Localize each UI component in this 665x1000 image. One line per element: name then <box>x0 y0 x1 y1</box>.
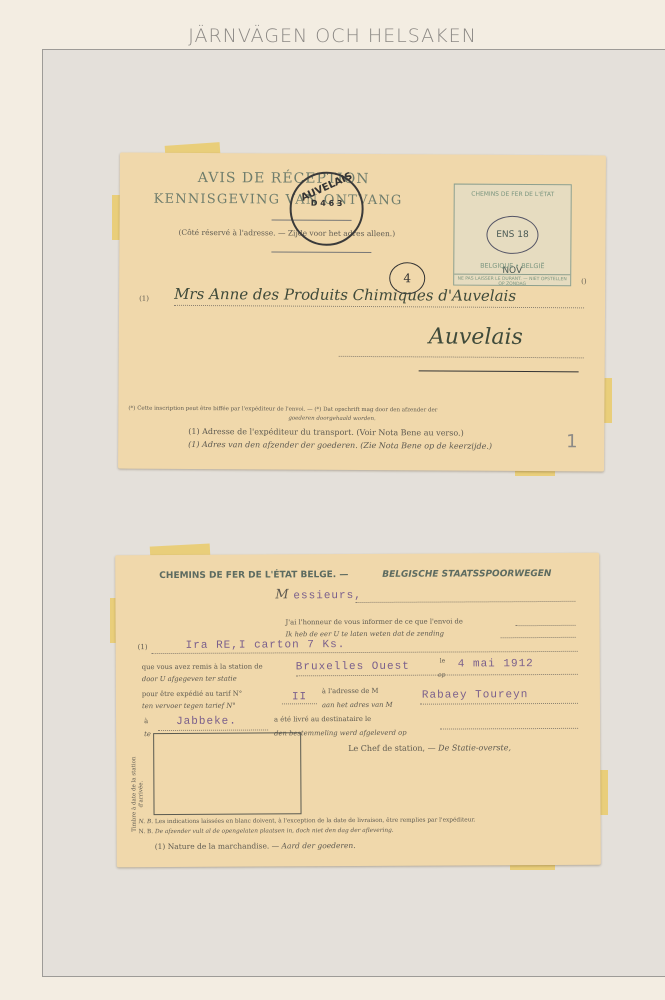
rule <box>271 251 371 253</box>
note-fr: (1) Adresse de l'expéditeur du transport… <box>188 427 464 438</box>
page-title: JÄRNVÄGEN OCH HELSAKEN <box>0 25 665 47</box>
delivered-label-fr: a été livré au destinataire le <box>274 715 371 724</box>
address-side-note: (Côté réservé à l'adresse. — Zijde voor … <box>178 228 395 238</box>
line-marker: (1) <box>139 295 149 303</box>
addressee-line2: Auvelais <box>429 324 523 350</box>
dotted-line <box>282 703 317 704</box>
arrival-stamp-box <box>153 732 301 815</box>
nota-bene-fr: N. B. Les indications laissées en blanc … <box>139 817 476 825</box>
nature-note: (1) Nature de la marchandise. — Aard der… <box>155 841 356 851</box>
info-line-nl: Ik heb de eer U te laten weten dat de ze… <box>286 630 444 639</box>
tariff-label-fr: pour être expédié au tarif N° <box>142 690 242 699</box>
dotted-line <box>158 729 268 731</box>
dotted-line <box>501 637 576 638</box>
nota-bene-nl: N. B. De afzender vult al de opengelaten… <box>139 828 394 835</box>
dotted-line <box>296 674 578 676</box>
signature-label: Le Chef de station, — De Statie-overste, <box>348 743 511 753</box>
note-nl: (1) Adres van den afzender der goederen.… <box>188 440 492 451</box>
card-header-nl: BELGISCHE STAATSSPOORWEGEN <box>382 569 551 580</box>
station-typed: Bruxelles Ouest <box>296 661 410 674</box>
tariff-label-nl: ten vervoer tegen tarief N° <box>142 702 236 710</box>
date-le: le <box>440 658 446 665</box>
address-label-nl: aan het adres van M <box>322 701 393 709</box>
tariff-typed: II <box>292 691 307 703</box>
underline <box>419 370 579 372</box>
address-label-fr: à l'adresse de M <box>322 687 379 695</box>
goods-marker: (1) <box>138 643 148 651</box>
recipient-typed: Rabaey Toureyn <box>422 689 528 702</box>
postage-stamp: CHEMINS DE FER DE L'ÉTAT ENS 18 NOV BELG… <box>453 184 572 287</box>
stamp-cancel: ENS 18 NOV <box>486 216 538 254</box>
card-heading-nl: KENNISGEVING VAN ONTVANG <box>154 192 403 209</box>
right-marker: () <box>581 277 587 285</box>
salutation-prefix: M <box>275 587 288 602</box>
salutation-typed: essieurs, <box>293 590 361 602</box>
station-label-nl: door U afgegeven ter statie <box>142 675 237 683</box>
card-header-fr: CHEMINS DE FER DE L'ÉTAT BELGE. — <box>159 570 348 581</box>
delivery-notice-card: CHEMINS DE FER DE L'ÉTAT BELGE. — BELGIS… <box>115 553 601 868</box>
addressee-line1: Mrs Anne des Produits Chimiques d'Auvela… <box>174 285 516 305</box>
to-label-fr: à <box>144 717 148 725</box>
goods-typed: Ira RE,I carton 7 Ks. <box>186 639 346 652</box>
footnote-fr: (*) Cette inscription peut être biffée p… <box>128 406 437 414</box>
dotted-line <box>355 601 575 603</box>
station-label-fr: que vous avez remis à la station de <box>142 662 263 671</box>
info-line-fr: J'ai l'honneur de vous informer de ce qu… <box>286 617 463 626</box>
dotted-line <box>174 305 584 309</box>
dotted-line <box>440 728 578 730</box>
date-typed: 4 mai 1912 <box>458 658 534 670</box>
to-label-nl: te <box>144 730 151 738</box>
reception-notice-card: AVIS DE RÉCEPTION KENNISGEVING VAN ONTVA… <box>118 153 606 472</box>
dotted-line <box>420 703 578 705</box>
destination-typed: Jabbeke. <box>176 716 237 728</box>
dotted-line <box>339 356 584 358</box>
footnote-nl: goederen doorgehaald worden. <box>288 416 375 423</box>
pencil-mark: 1 <box>566 431 578 452</box>
postmark: AUVELAIS D 4 6 3 <box>289 172 363 246</box>
dotted-line <box>516 625 576 626</box>
